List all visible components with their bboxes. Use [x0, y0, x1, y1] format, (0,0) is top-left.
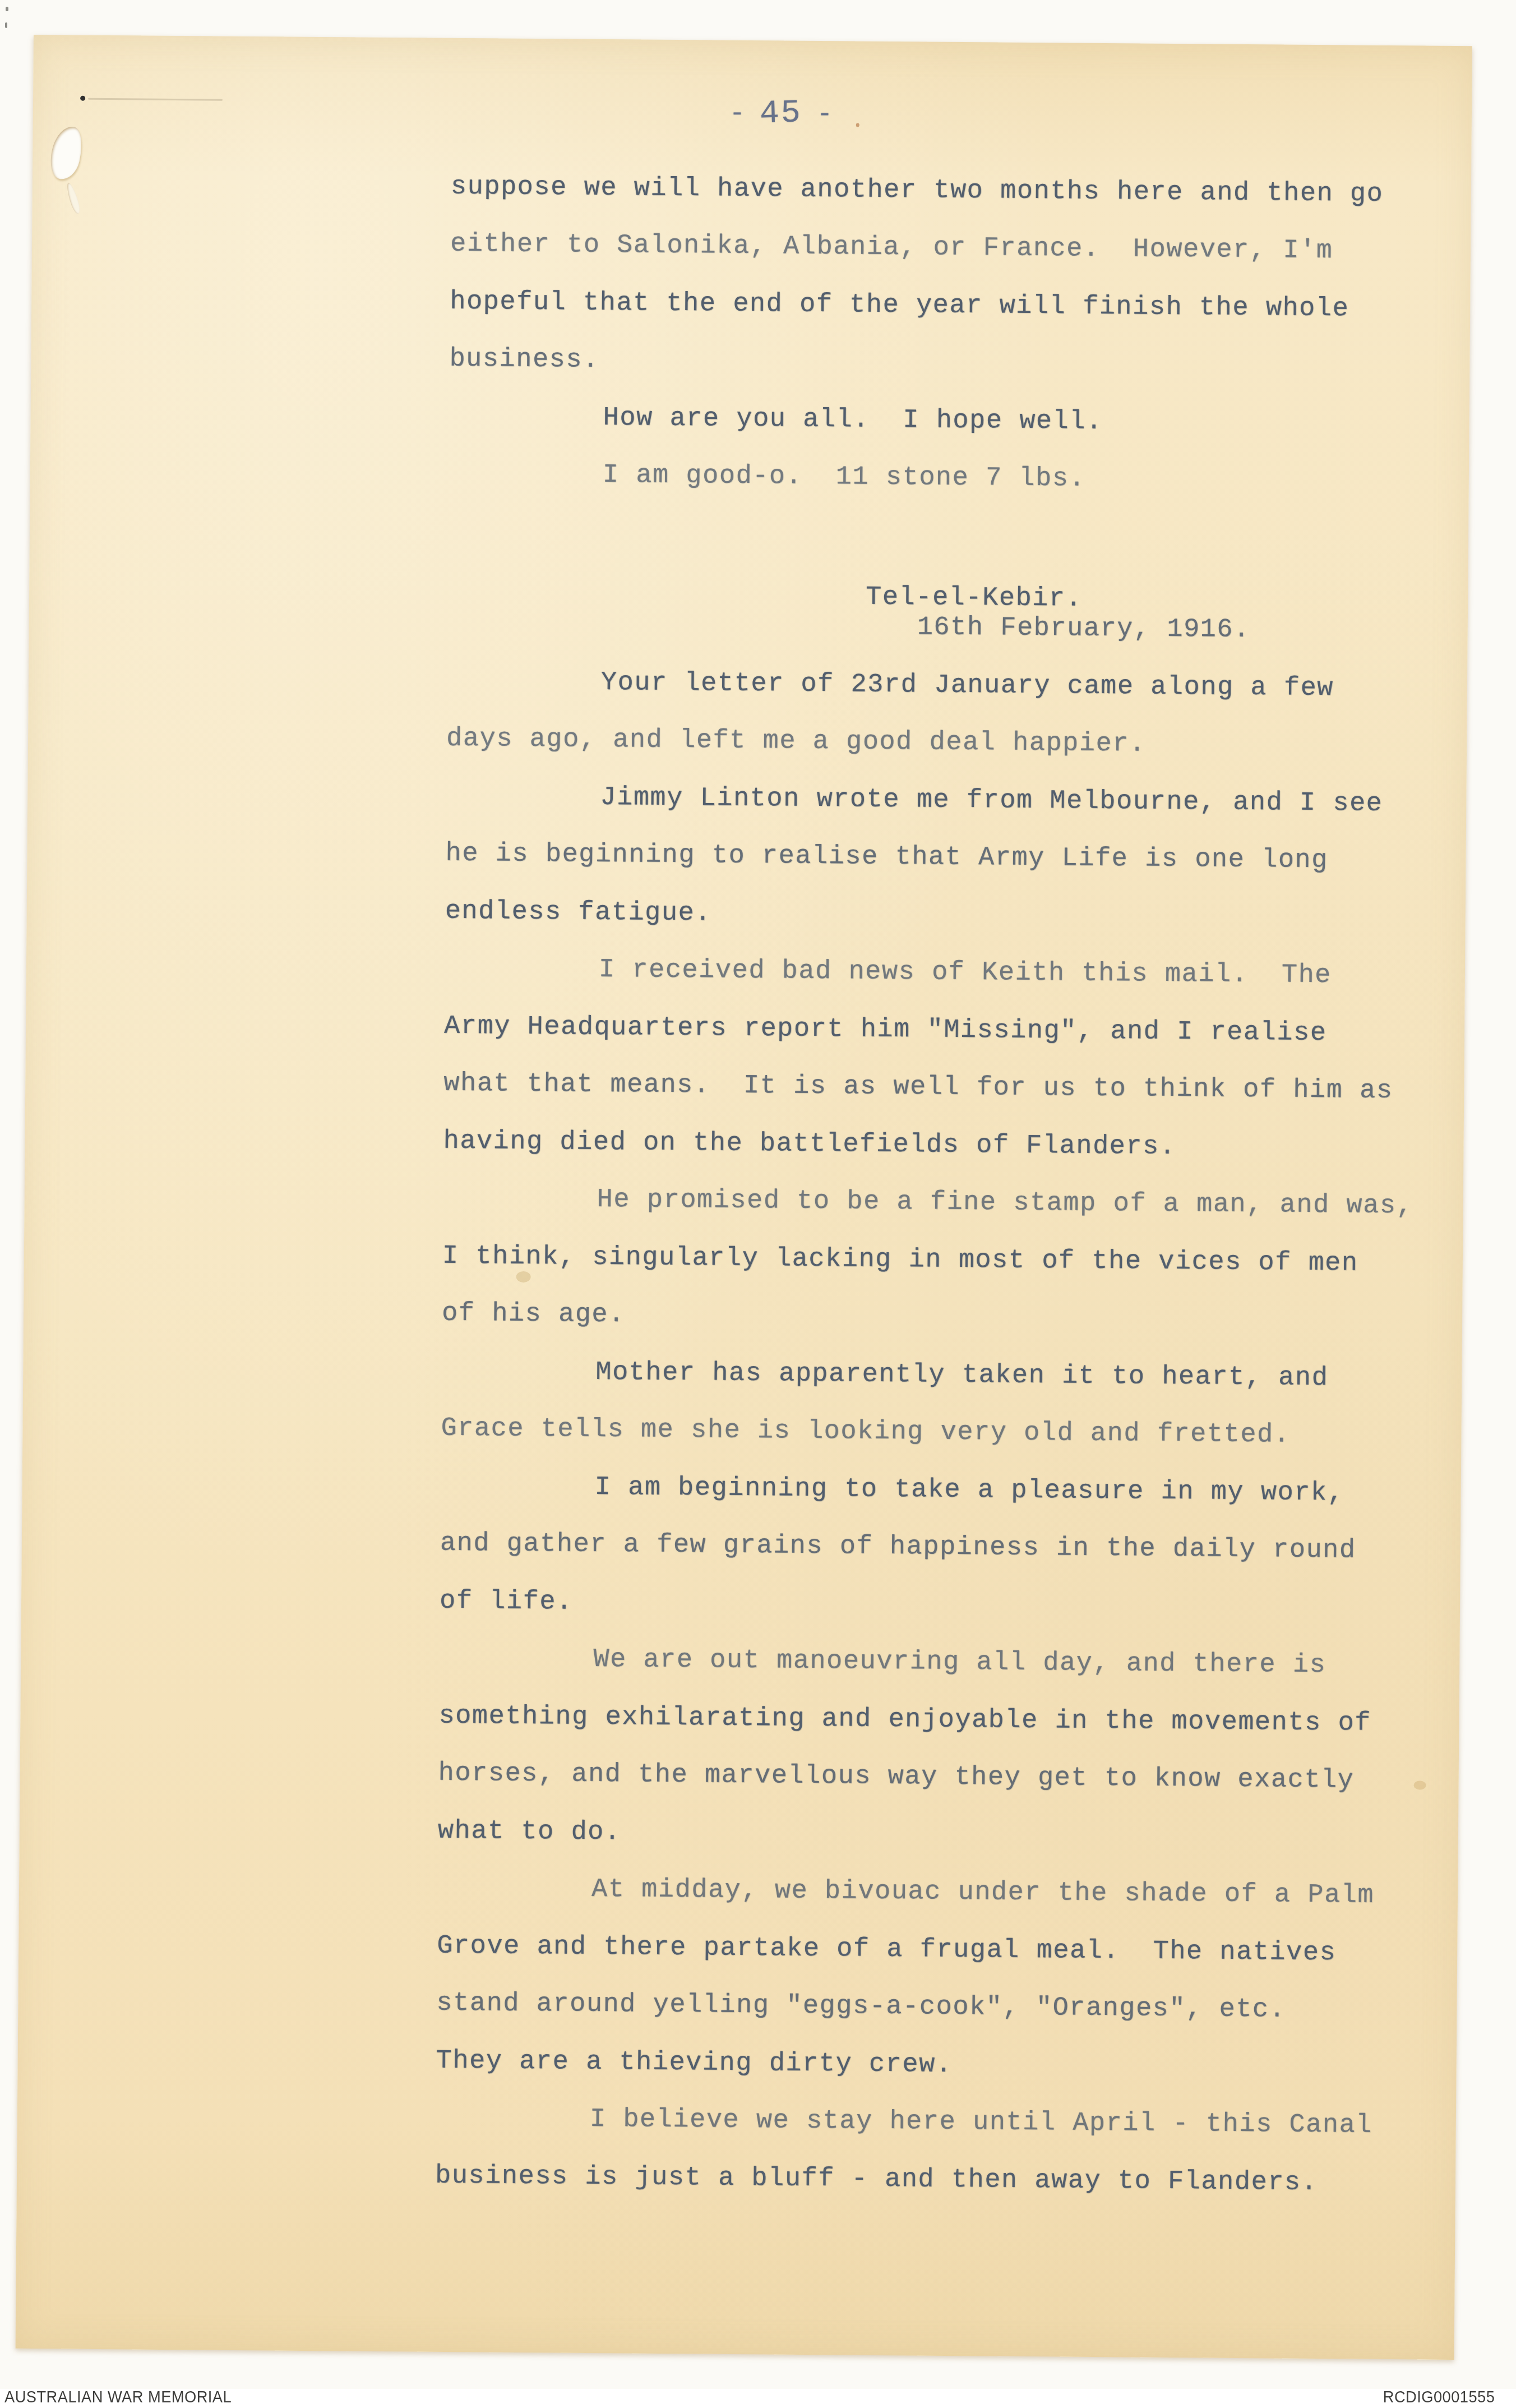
typed-line: and gather a few grains of happiness in … [440, 1529, 1356, 1566]
typed-line: We are out manoeuvring all day, and ther… [593, 1645, 1326, 1680]
typed-line: Tel-el-Kebir. [866, 583, 1083, 614]
typed-lines: suppose we will have another two months … [16, 35, 1472, 2360]
typed-line: having died on the battlefields of Fland… [443, 1127, 1176, 1162]
typed-line: stand around yelling "eggs-a-cook", "Ora… [436, 1989, 1286, 2025]
typed-line: He promised to be a fine stamp of a man,… [597, 1185, 1413, 1221]
typed-line: Your letter of 23rd January came along a… [601, 668, 1334, 703]
typed-line: At midday, we bivouac under the shade of… [591, 1875, 1374, 1911]
typed-line: Army Headquarters report him "Missing", … [444, 1012, 1327, 1048]
typed-line: what to do. [438, 1816, 621, 1848]
record-id: RCDIG0001555 [1383, 2388, 1495, 2407]
scan-edge-speck [6, 7, 8, 11]
typed-line: I received bad news of Keith this mail. … [599, 955, 1332, 990]
typed-line: what that means. It is as well for us to… [443, 1069, 1393, 1106]
footer-bar: AUSTRALIAN WAR MEMORIAL RCDIG0001555 [0, 2389, 1516, 2408]
typed-line: business. [449, 344, 599, 375]
typed-line: suppose we will have another two months … [451, 172, 1384, 209]
typed-line: They are a thieving dirty crew. [436, 2046, 952, 2080]
typed-line: 16th February, 1916. [917, 612, 1250, 645]
typed-line: Grace tells me she is looking very old a… [441, 1414, 1290, 1450]
typed-line: business is just a bluff - and then away… [435, 2161, 1318, 2198]
typed-line: days ago, and left me a good deal happie… [446, 724, 1146, 759]
typed-line: How are you all. I hope well. [603, 403, 1103, 437]
typed-line: I am good-o. 11 stone 7 lbs. [603, 460, 1086, 494]
scan-edge-speck [5, 22, 7, 28]
letter-page: -45- suppose we will have another two mo… [16, 35, 1472, 2360]
typed-line: Grove and there partake of a frugal meal… [437, 1931, 1336, 1968]
typed-line: of his age. [442, 1299, 625, 1330]
typed-line: horses, and the marvellous way they get … [438, 1759, 1354, 1796]
typed-line: of life. [440, 1586, 573, 1617]
scanner-background: -45- suppose we will have another two mo… [0, 0, 1516, 2408]
typed-line: Jimmy Linton wrote me from Melbourne, an… [600, 783, 1383, 819]
typed-line: Mother has apparently taken it to heart,… [595, 1358, 1328, 1393]
typed-line: I think, singularly lacking in most of t… [442, 1242, 1358, 1279]
typed-line: hopeful that the end of the year will fi… [450, 287, 1349, 324]
archive-name: AUSTRALIAN WAR MEMORIAL [4, 2388, 232, 2407]
typed-line: something exhilarating and enjoyable in … [438, 1701, 1371, 1738]
typed-line: either to Salonika, Albania, or France. … [450, 229, 1333, 266]
typed-line: endless fatigue. [445, 897, 712, 929]
typed-line: I believe we stay here until April - thi… [590, 2105, 1372, 2141]
typed-line: he is beginning to realise that Army Lif… [445, 839, 1328, 875]
typed-line: I am beginning to take a pleasure in my … [594, 1473, 1344, 1508]
